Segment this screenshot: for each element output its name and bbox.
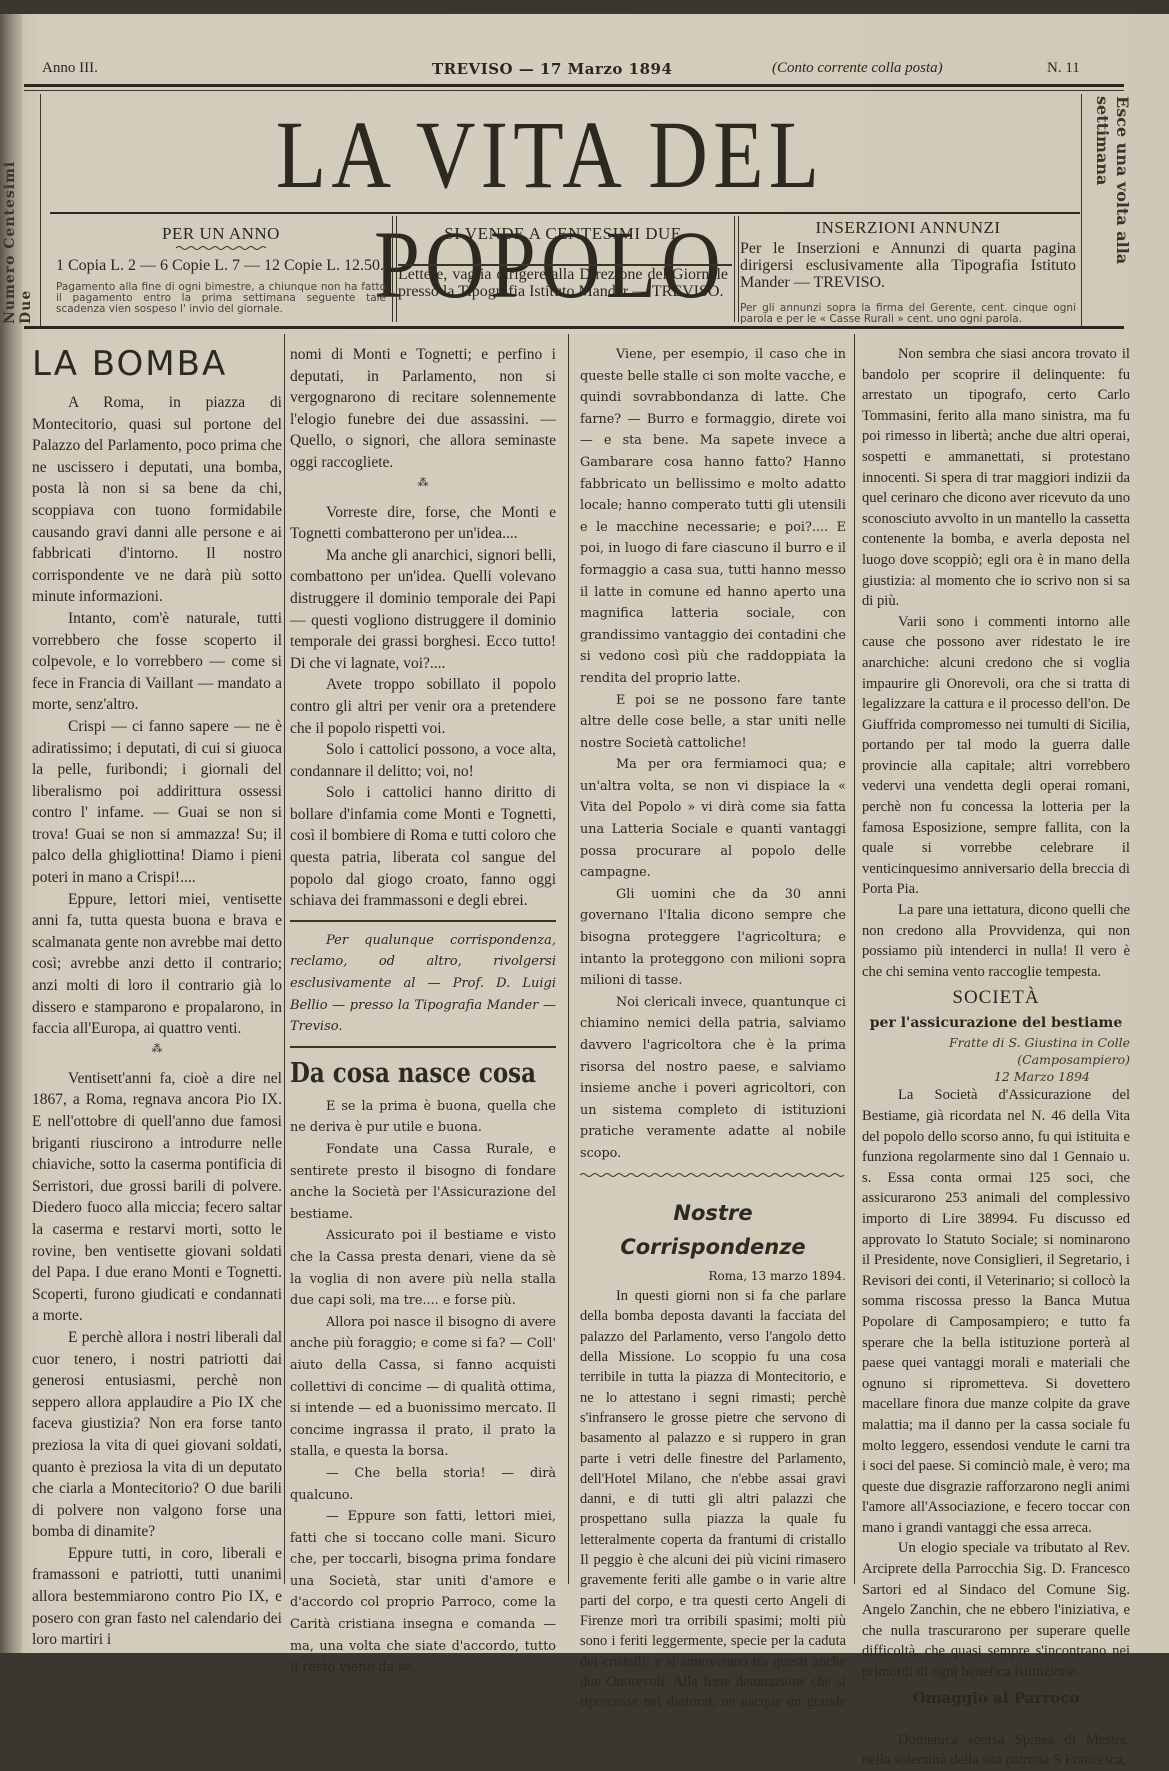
dateline: Anno III. TREVISO — 17 Marzo 1894 (Conto… (42, 60, 1122, 82)
column-4: Non sembra che siasi ancora trovato il b… (862, 344, 1130, 1653)
paragraph: Solo i cattolici possono, a voce alta, c… (290, 739, 556, 782)
paragraph: Varii sono i commenti intorno alle cause… (862, 612, 1130, 900)
paragraph: Vorreste dire, forse, che Monti e Tognet… (290, 502, 556, 545)
sale-heading: SI VENDE A CENTESIMI DUE (398, 224, 728, 244)
asterism: ⁂ (32, 1040, 282, 1068)
divider (290, 920, 556, 922)
asterism: ⁂ (290, 474, 556, 502)
paragraph: Allora poi nasce il bisogno di avere anc… (290, 1312, 556, 1463)
paragraph: Ventisett'anni fa, cioè a dire nel 1867,… (32, 1068, 282, 1327)
paragraph: Solo i cattolici hanno diritto di bollar… (290, 782, 556, 912)
info-divider-2 (734, 216, 735, 322)
paragraph: Eppure tutti, in coro, liberali e framas… (32, 1543, 282, 1651)
ads-text: Per le Inserzioni e Annunzi di quarta pa… (740, 240, 1076, 291)
paragraph: Ma anche gli anarchici, signori belli, c… (290, 545, 556, 675)
subscription-note: Pagamento alla fine di ogni bimestre, a … (56, 282, 386, 315)
paragraph: La pare una iettatura, dicono quelli che… (862, 900, 1130, 982)
postal-note: (Conto corrente colla posta) (772, 60, 943, 77)
subscription-box: PER UN ANNO 1 Copia L. 2 — 6 Copie L. 7 … (56, 224, 386, 322)
subscription-heading: PER UN ANNO (56, 224, 386, 244)
ads-heading: INSERZIONI ANNUNZI (740, 218, 1076, 238)
spine-text: Numero Centesimi Due (2, 124, 20, 324)
paragraph: Assicurato poi il bestiame e visto che l… (290, 1225, 556, 1311)
ads-note: Per gli annunzi sopra la firma del Geren… (740, 303, 1076, 325)
article-title-bomba: LA BOMBA (32, 344, 282, 384)
paragraph: E perchè allora i nostri liberali dal cu… (32, 1327, 282, 1543)
column-1: LA BOMBA A Roma, in piazza di Montecitor… (32, 344, 282, 1653)
masthead-title: LA VITA DEL POPOLO (129, 100, 972, 210)
paragraph: Crispi — ci fanno sapere — ne è adiratis… (32, 716, 282, 889)
section-title-corrispondenze: Nostre Corrispondenze (580, 1196, 846, 1264)
correspondence-dateline: Roma, 13 marzo 1894. (580, 1266, 846, 1286)
section-title-societa: SOCIETÀ (862, 984, 1130, 1012)
volume-label: Anno III. (42, 60, 98, 77)
info-divider-1 (392, 216, 393, 322)
paragraph: Ma per ora fermiamoci qua; e un'altra vo… (580, 754, 846, 884)
ads-box: INSERZIONI ANNUNZI Per le Inserzioni e A… (740, 218, 1076, 316)
subscription-prices: 1 Copia L. 2 — 6 Copie L. 7 — 12 Copie L… (56, 257, 386, 274)
paragraph: E se la prima è buona, quella che ne der… (290, 1096, 556, 1139)
newspaper-page: Numero Centesimi Due Anno III. TREVISO —… (0, 14, 1169, 1653)
wavy-divider-icon (580, 1171, 846, 1179)
column-2: nomi di Monti e Tognetti; e perfino i de… (290, 344, 556, 1653)
article-title-cosa: Da cosa nasce cosa (290, 1056, 516, 1092)
paragraph: Avete troppo sobillato il popolo contro … (290, 674, 556, 739)
binding-spine: Numero Centesimi Due (0, 14, 22, 1653)
frequency-banner: Esce una volta alla settimana (1086, 96, 1132, 326)
editor-notice: Per qualunque corrispondenza, reclamo, o… (290, 930, 556, 1038)
column-divider-2 (568, 334, 569, 1584)
paragraph: Viene, per esempio, il caso che in quest… (580, 344, 846, 690)
paragraph: Eppure, lettori miei, ventisette anni fa… (32, 889, 282, 1040)
paragraph: E poi se ne possono fare tante altre del… (580, 690, 846, 755)
paragraph: Fondate una Cassa Rurale, e sentirete pr… (290, 1139, 556, 1225)
sale-text: Lettere, vaglia dirigere alla Direzione … (398, 266, 728, 300)
paragraph: nomi di Monti e Tognetti; e perfino i de… (290, 344, 556, 474)
societa-date: 12 Marzo 1894 (862, 1068, 1130, 1085)
paragraph: — Eppure son fatti, lettori miei, fatti … (290, 1506, 556, 1653)
paragraph: Gli uomini che da 30 anni governano l'It… (580, 884, 846, 992)
info-divider-1b (396, 216, 397, 322)
info-divider-2b (738, 216, 739, 322)
paragraph: In questi giorni non si fa che parlare d… (580, 1286, 846, 1653)
city-date: TREVISO — 17 Marzo 1894 (432, 60, 672, 78)
masthead-bottom-rule (24, 326, 1124, 329)
column-3: Viene, per esempio, il caso che in quest… (580, 344, 846, 1653)
paragraph: La Società d'Assicurazione del Bestiame,… (862, 1085, 1130, 1538)
column-divider-3 (854, 334, 855, 1584)
divider (290, 1046, 556, 1048)
issue-number: N. 11 (1047, 60, 1080, 77)
section-subtitle-societa: per l'assicurazione del bestiame (862, 1012, 1130, 1034)
wavy-rule-icon (176, 245, 266, 251)
paragraph: Intanto, com'è naturale, tutti vorrebber… (32, 608, 282, 716)
top-rule-thin (24, 90, 1124, 91)
societa-place: Fratte di S. Giustina in Colle (Camposam… (862, 1034, 1130, 1068)
paragraph: Un elogio speciale va tributato al Rev. … (862, 1538, 1130, 1653)
column-divider-1 (284, 334, 285, 1584)
sale-box: SI VENDE A CENTESIMI DUE Lettere, vaglia… (398, 224, 728, 322)
paragraph: A Roma, in piazza di Montecitorio, quasi… (32, 392, 282, 608)
top-rule (24, 84, 1124, 87)
paragraph: Noi clericali invece, quantunque ci chia… (580, 992, 846, 1165)
masthead-rule (50, 212, 1080, 214)
paragraph: — Che bella storia! — dirà qualcuno. (290, 1463, 556, 1506)
paragraph: Non sembra che siasi ancora trovato il b… (862, 344, 1130, 612)
